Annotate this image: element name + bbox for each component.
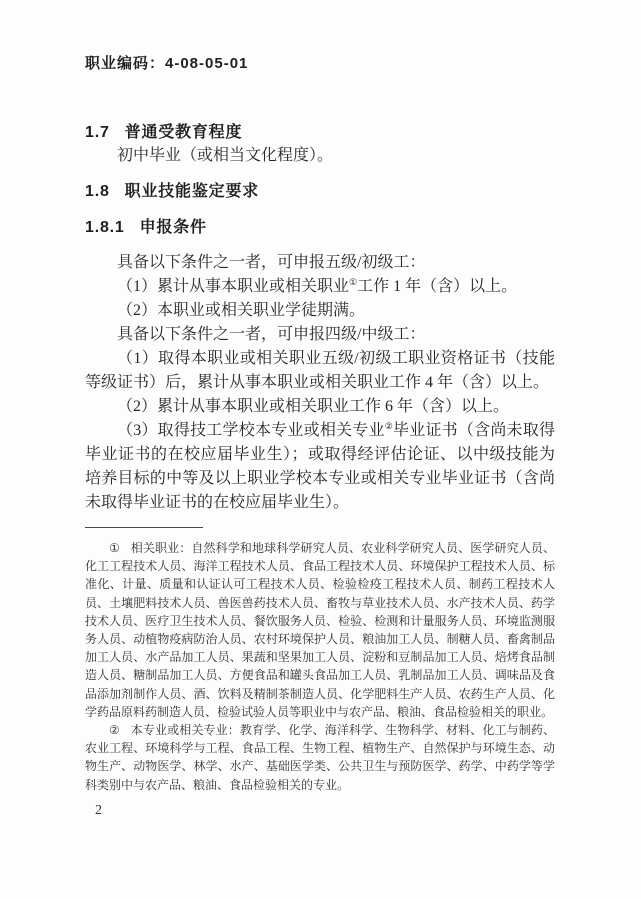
section-1-7-body: 初中毕业（或相当文化程度）。 xyxy=(85,144,555,168)
condition-intermediate-3: （3）取得技工学校本专业或相关专业②毕业证书（含尚未取得毕业证书的在校应届毕业生… xyxy=(85,419,555,515)
footnote-2: ②本专业或相关专业：教育学、化学、海洋科学、生物科学、材料、化工与制药、农业工程… xyxy=(85,721,555,794)
section-1-7-title: 普通受教育程度 xyxy=(125,124,243,141)
section-1-7-heading: 1.7普通受教育程度 xyxy=(85,122,555,144)
footnote-1-text: 相关职业：自然科学和地球科学研究人员、农业科学研究人员、医学研究人员、化工工程技… xyxy=(85,541,555,719)
application-conditions: 具备以下条件之一者，可申报五级/初级工： （1）累计从事本职业或相关职业①工作 … xyxy=(85,251,555,515)
section-1-8-heading: 1.8职业技能鉴定要求 xyxy=(85,181,555,203)
section-1-8-1-heading: 1.8.1申报条件 xyxy=(85,217,555,239)
footnote-ref-2: ② xyxy=(385,421,393,431)
footnote-1-marker: ① xyxy=(109,541,120,555)
section-1-7-number: 1.7 xyxy=(85,124,110,141)
conditions-junior-intro: 具备以下条件之一者，可申报五级/初级工： xyxy=(85,251,555,275)
document-page: 职业编码：4-08-05-01 1.7普通受教育程度 初中毕业（或相当文化程度）… xyxy=(0,0,641,899)
condition-intermediate-2: （2）累计从事本职业或相关职业工作 6 年（含）以上。 xyxy=(85,395,555,419)
condition-junior-2: （2）本职业或相关职业学徒期满。 xyxy=(85,299,555,323)
condition-intermediate-1: （1）取得本职业或相关职业五级/初级工职业资格证书（技能等级证书）后，累计从事本… xyxy=(85,347,555,395)
page-number: 2 xyxy=(85,803,555,819)
section-1-8-title: 职业技能鉴定要求 xyxy=(125,183,259,200)
section-1-8-1-title: 申报条件 xyxy=(140,219,207,236)
footnote-ref-1: ① xyxy=(349,277,357,287)
condition-junior-1-text-cont: 工作 1 年（含）以上。 xyxy=(357,278,517,295)
condition-intermediate-3-text: （3）取得技工学校本专业或相关专业 xyxy=(117,422,385,439)
condition-junior-1-text: （1）累计从事本职业或相关职业 xyxy=(117,278,349,295)
condition-junior-1: （1）累计从事本职业或相关职业①工作 1 年（含）以上。 xyxy=(85,275,555,299)
footnote-1: ①相关职业：自然科学和地球科学研究人员、农业科学研究人员、医学研究人员、化工工程… xyxy=(85,539,555,721)
section-1-8-number: 1.8 xyxy=(85,183,110,200)
footnote-2-text: 本专业或相关专业：教育学、化学、海洋科学、生物科学、材料、化工与制药、农业工程、… xyxy=(85,723,555,792)
occupation-code: 职业编码：4-08-05-01 xyxy=(85,54,555,74)
section-1-8-1-number: 1.8.1 xyxy=(85,219,125,236)
footnote-2-marker: ② xyxy=(109,723,120,737)
footnote-separator xyxy=(85,527,203,528)
footnotes: ①相关职业：自然科学和地球科学研究人员、农业科学研究人员、医学研究人员、化工工程… xyxy=(85,539,555,794)
conditions-intermediate-intro: 具备以下条件之一者，可申报四级/中级工： xyxy=(85,323,555,347)
